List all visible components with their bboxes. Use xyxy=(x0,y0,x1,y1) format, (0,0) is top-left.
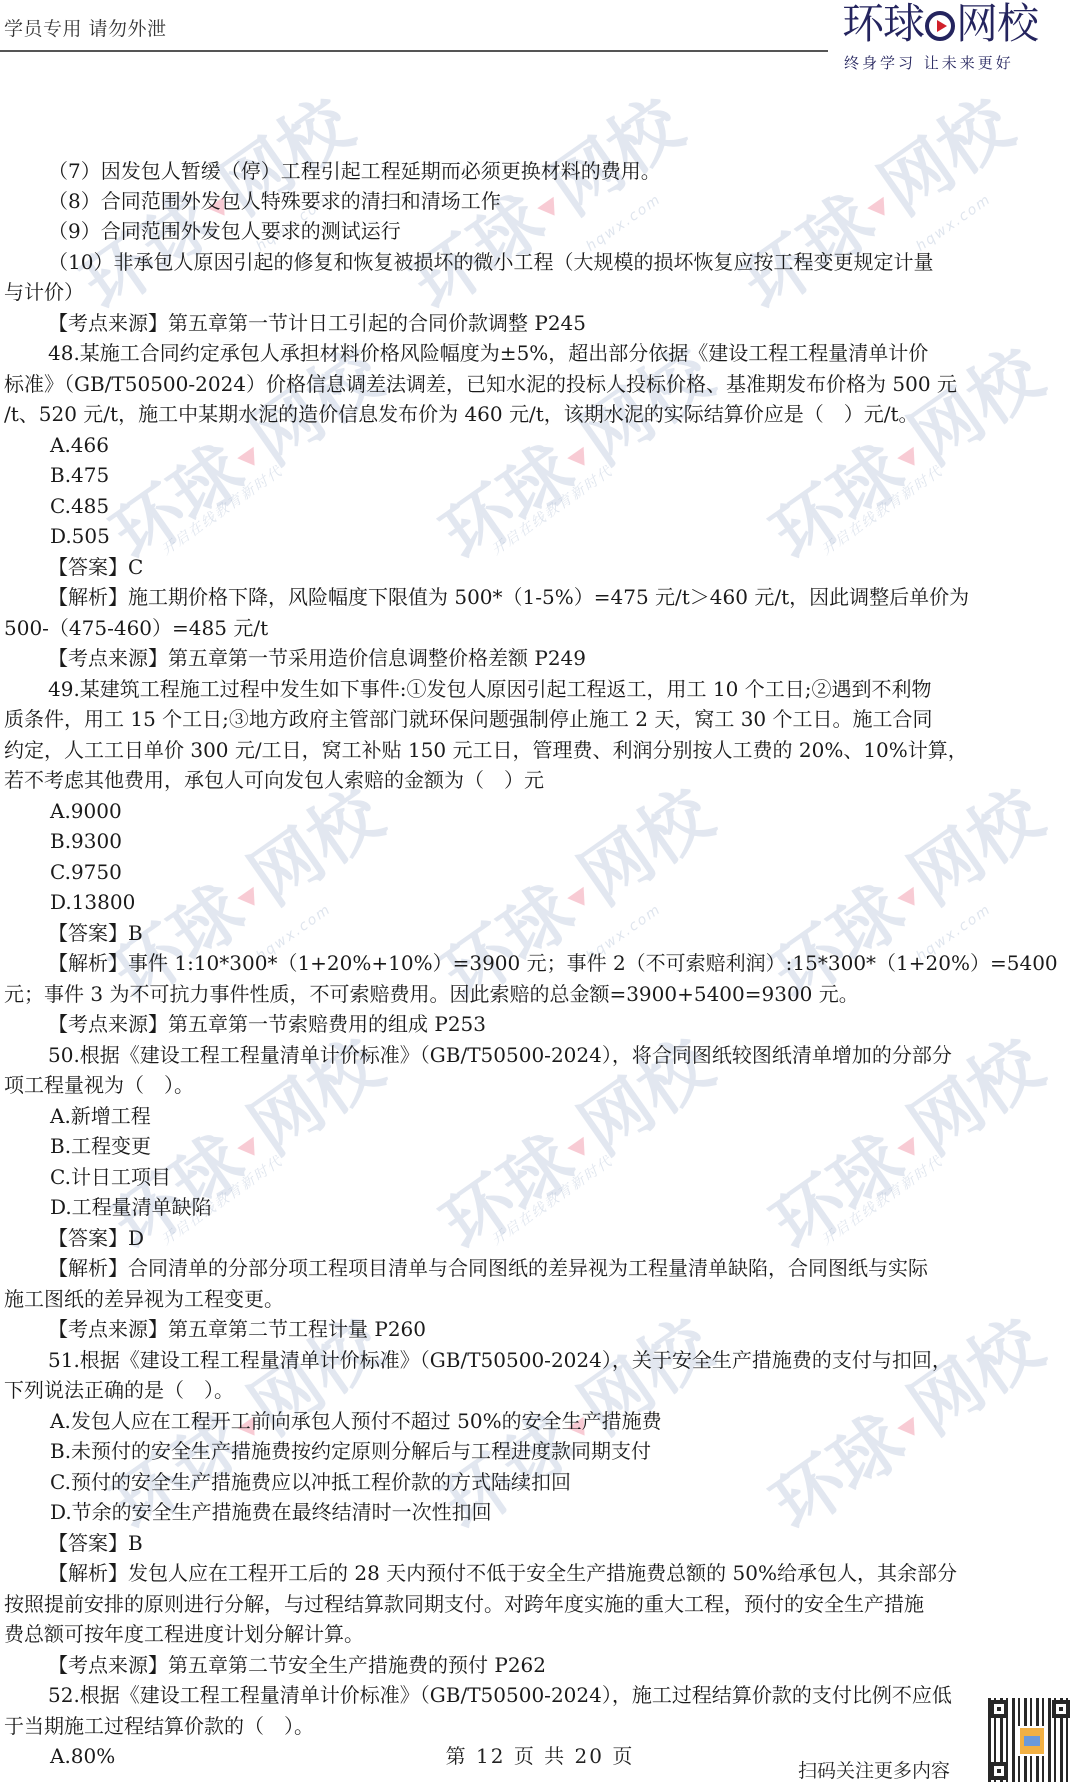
explanation: 元；事件 3 为不可抗力事件性质，不可索赔费用。因此索赔的总金额=3900+54… xyxy=(0,979,1080,1009)
question-51-stem: 下列说法正确的是（ ）。 xyxy=(0,1375,1080,1405)
question-49-stem: 49.某建筑工程施工过程中发生如下事件:①发包人原因引起工程返工，用工 10 个… xyxy=(0,674,1080,704)
option-c: C.485 xyxy=(0,491,1080,521)
brand-logo: 环球网校 终身学习 让未来更好 xyxy=(842,0,1078,78)
option-a: A.9000 xyxy=(0,796,1080,826)
list-item: （10）非承包人原因引起的修复和恢复被损坏的微小工程（大规模的损坏恢复应按工程变… xyxy=(0,247,1080,277)
question-52-stem: 52.根据《建设工程工程量清单计价标准》（GB/T50500-2024），施工过… xyxy=(0,1680,1080,1710)
option-b: B.475 xyxy=(0,460,1080,490)
answer: 【答案】B xyxy=(0,1528,1080,1558)
explanation: 500-（475-460）=485 元/t xyxy=(0,613,1080,643)
list-item: （9）合同范围外发包人要求的测试运行 xyxy=(0,216,1080,246)
explanation: 按照提前安排的原则进行分解，与过程结算款同期支付。对跨年度实施的重大工程，预付的… xyxy=(0,1589,1080,1619)
answer: 【答案】C xyxy=(0,552,1080,582)
explanation: 费总额可按年度工程进度计划分解计算。 xyxy=(0,1619,1080,1649)
option-a: A.新增工程 xyxy=(0,1101,1080,1131)
question-49-stem: 质条件，用工 15 个工日;③地方政府主管部门就环保问题强制停止施工 2 天，窝… xyxy=(0,704,1080,734)
source-reference: 【考点来源】第五章第一节采用造价信息调整价格差额 P249 xyxy=(0,643,1080,673)
source-reference: 【考点来源】第五章第一节计日工引起的合同价款调整 P245 xyxy=(0,308,1080,338)
source-reference: 【考点来源】第五章第二节工程计量 P260 xyxy=(0,1314,1080,1344)
question-52-stem: 于当期施工过程结算价款的（ ）。 xyxy=(0,1711,1080,1741)
option-a: A.466 xyxy=(0,430,1080,460)
list-item: （7）因发包人暂缓（停）工程引起工程延期而必须更换材料的费用。 xyxy=(0,156,1080,186)
explanation: 【解析】施工期价格下降，风险幅度下限值为 500*（1-5%）=475 元/t＞… xyxy=(0,582,1080,612)
question-49-stem: 若不考虑其他费用，承包人可向发包人索赔的金额为（ ）元 xyxy=(0,765,1080,795)
answer: 【答案】B xyxy=(0,918,1080,948)
qr-caption: 扫码关注更多内容 xyxy=(798,1756,950,1783)
option-b: B.工程变更 xyxy=(0,1131,1080,1161)
question-51-stem: 51.根据《建设工程工程量清单计价标准》（GB/T50500-2024），关于安… xyxy=(0,1345,1080,1375)
paragraph-continuation: 与计价） xyxy=(0,277,1080,307)
question-48-stem: 标准》（GB/T50500-2024）价格信息调差法调差，已知水泥的投标人投标价… xyxy=(0,369,1080,399)
option-a: A.发包人应在工程开工前向承包人预付不超过 50%的安全生产措施费 xyxy=(0,1406,1080,1436)
question-50-stem: 项工程量视为（ ）。 xyxy=(0,1070,1080,1100)
option-c: C.计日工项目 xyxy=(0,1162,1080,1192)
explanation: 【解析】合同清单的分部分项工程项目清单与合同图纸的差异视为工程量清单缺陷，合同图… xyxy=(0,1253,1080,1283)
source-reference: 【考点来源】第五章第二节安全生产措施费的预付 P262 xyxy=(0,1650,1080,1680)
option-c: C.9750 xyxy=(0,857,1080,887)
source-reference: 【考点来源】第五章第一节索赔费用的组成 P253 xyxy=(0,1009,1080,1039)
option-c: C.预付的安全生产措施费应以冲抵工程价款的方式陆续扣回 xyxy=(0,1467,1080,1497)
option-d: D.505 xyxy=(0,521,1080,551)
logo-wordmark: 环球网校 xyxy=(842,0,1038,48)
option-d: D.工程量清单缺陷 xyxy=(0,1192,1080,1222)
option-b: B.未预付的安全生产措施费按约定原则分解后与工程进度款同期支付 xyxy=(0,1436,1080,1466)
qr-finder xyxy=(990,1700,1008,1718)
option-d: D.节余的安全生产措施费在最终结清时一次性扣回 xyxy=(0,1497,1080,1527)
qr-center-logo-icon xyxy=(1018,1726,1046,1756)
explanation: 【解析】事件 1:10*300*（1+20%+10%）=3900 元；事件 2（… xyxy=(0,948,1080,978)
option-b: B.9300 xyxy=(0,826,1080,856)
question-48-stem: /t、520 元/t，施工中某期水泥的造价信息发布价为 460 元/t，该期水泥… xyxy=(0,399,1080,429)
explanation: 【解析】发包人应在工程开工后的 28 天内预付不低于安全生产措施费总额的 50%… xyxy=(0,1558,1080,1588)
explanation: 施工图纸的差异视为工程变更。 xyxy=(0,1284,1080,1314)
option-d: D.13800 xyxy=(0,887,1080,917)
question-49-stem: 约定，人工工日单价 300 元/工日，窝工补贴 150 元工日，管理费、利润分别… xyxy=(0,735,1080,765)
logo-slogan: 终身学习 让未来更好 xyxy=(844,52,1014,73)
qr-code-icon[interactable] xyxy=(988,1698,1072,1782)
page-header: 学员专用 请勿外泄 环球网校 终身学习 让未来更好 xyxy=(0,0,1080,80)
header-divider xyxy=(0,50,828,52)
answer: 【答案】D xyxy=(0,1223,1080,1253)
question-50-stem: 50.根据《建设工程工程量清单计价标准》（GB/T50500-2024），将合同… xyxy=(0,1040,1080,1070)
list-item: （8）合同范围外发包人特殊要求的清扫和清场工作 xyxy=(0,186,1080,216)
confidential-note: 学员专用 请勿外泄 xyxy=(4,14,167,41)
play-icon xyxy=(925,11,955,41)
question-48-stem: 48.某施工合同约定承包人承担材料价格风险幅度为±5%，超出部分依据《建设工程工… xyxy=(0,338,1080,368)
qr-finder xyxy=(990,1762,1008,1780)
qr-finder xyxy=(1052,1700,1070,1718)
